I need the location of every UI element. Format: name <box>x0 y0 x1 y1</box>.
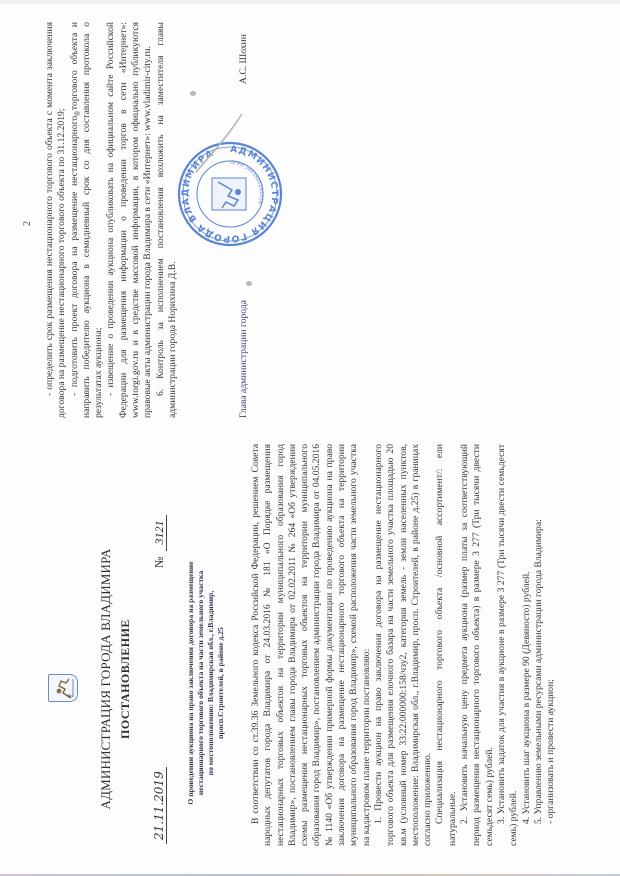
subject-line: О проведении аукциона на право заключени… <box>186 518 196 848</box>
document-date: 21.11.2019 <box>152 767 167 844</box>
clause-2: 2. Установить начальную цену предмета ау… <box>459 444 496 846</box>
scan-edge-right <box>0 0 620 4</box>
clause-5-item: - подготовить проект договора на размеще… <box>69 22 106 418</box>
document-subject: О проведении аукциона на право заключени… <box>186 518 226 848</box>
subject-line: по местоположению: Владимирская обл., г.… <box>206 518 216 848</box>
signature-name: А.С. Шохин <box>238 34 249 84</box>
subject-line: нестационарного торгового объекта на час… <box>196 518 206 848</box>
preamble-paragraph: В соответствии со ст.39.36 Земельного ко… <box>250 444 373 846</box>
clause-3: 3. Установить задаток для участия в аукц… <box>496 444 521 846</box>
page-number: 2 <box>22 221 33 226</box>
number-value: 3121 <box>152 515 167 551</box>
scan-speck <box>190 91 196 96</box>
page-1-body: В соответствии со ст.39.36 Земельного ко… <box>250 444 557 846</box>
page-2: 2 - определить срок размещения нестацион… <box>0 6 620 426</box>
page-1: АДМИНИСТРАЦИЯ ГОРОДА ВЛАДИМИРА ПОСТАНОВЛ… <box>0 426 620 864</box>
page-2-body: - определить срок размещения нестационар… <box>44 22 179 418</box>
clause-4: 4. Установить шаг аукциона в размере 90 … <box>521 444 533 846</box>
signature-mark <box>190 106 250 176</box>
doc-type-heading: ПОСТАНОВЛЕНИЕ <box>118 494 133 864</box>
specialization: Специализация нестационарного торгового … <box>434 444 459 846</box>
scanned-document: АДМИНИСТРАЦИЯ ГОРОДА ВЛАДИМИРА ПОСТАНОВЛ… <box>0 0 620 876</box>
clause-5-item: - организовать и провести аукцион; <box>545 444 557 846</box>
clause-5-item: - извещение о проведении аукциона опубли… <box>105 22 154 418</box>
scan-speck <box>246 281 252 286</box>
city-crest-icon <box>48 674 78 702</box>
scan-speck <box>74 111 80 116</box>
clause-5: 5. Управлению земельными ресурсами админ… <box>533 444 545 846</box>
document-number: №3121 <box>152 515 167 568</box>
clause-5-item: - определить срок размещения нестационар… <box>44 22 69 418</box>
clause-1: 1. Провести аукцион на право заключения … <box>373 444 434 846</box>
number-label: № <box>152 557 166 568</box>
signature-title: Глава администрации города <box>238 300 249 418</box>
subject-line: просп.Строителей, в районе д.25 <box>216 518 226 848</box>
org-title: АДМИНИСТРАЦИЯ ГОРОДА ВЛАДИМИРА <box>98 494 114 864</box>
